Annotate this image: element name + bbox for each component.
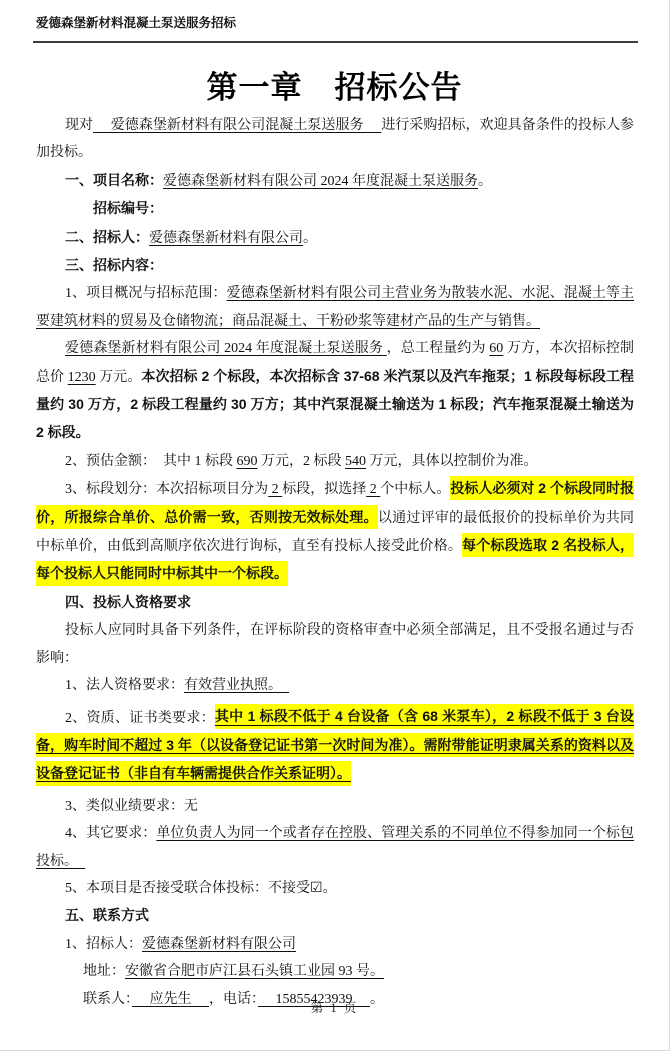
estimate-paragraph: 2、预估金额： 其中 1 标段 690 万元，2 标段 540 万元，具体以控制… — [36, 448, 634, 475]
certificate-requirement-paragraph: 2、资质、证书类要求：其中 1 标段不低于 4 台设备（含 68 米泵车），2 … — [36, 704, 634, 789]
certificate-requirement-label: 2、资质、证书类要求： — [65, 711, 215, 726]
contact-address-value: 安徽省合肥市庐江县石头镇工业园 93 号。 — [125, 964, 384, 979]
estimate-text-2: 万元，2 标段 — [258, 454, 346, 469]
control-price-value: 1230 — [68, 370, 96, 385]
project-name-value: 爱德森堡新材料有限公司 2024 年度混凝土泵送服务 — [163, 174, 478, 189]
scale-paragraph: 爱德森堡新材料有限公司 2024 年度混凝土泵送服务 ，总工程量约为 60 万方… — [36, 335, 634, 448]
other-requirement-label: 4、其它要求： — [65, 826, 156, 841]
tenderer-value: 爱德森堡新材料有限公司 — [149, 231, 303, 246]
legal-qualification-label: 1、法人资格要求： — [65, 678, 184, 693]
qualification-heading: 四、投标人资格要求 — [36, 589, 634, 617]
lot-division-text-2: 标段，拟选择 — [282, 482, 366, 497]
estimate-text-1: 其中 1 标段 — [149, 454, 237, 469]
performance-requirement-line: 3、类似业绩要求：无 — [36, 793, 634, 820]
legal-qualification-value: 有效营业执照。 — [184, 678, 289, 693]
contact-address-line: 地址：安徽省合肥市庐江县石头镇工业园 93 号。 — [36, 958, 634, 985]
document-body: 现对 爱德森堡新材料有限公司混凝土泵送服务 进行采购招标，欢迎具备条件的投标人参… — [36, 112, 634, 1013]
overview-paragraph: 1、项目概况与招标范围：爱德森堡新材料有限公司主营业务为散装水泥、水泥、混凝土等… — [36, 280, 634, 335]
contact-tenderer-line: 1、招标人：爱德森堡新材料有限公司 — [36, 931, 634, 958]
winner-count-value: 2 — [366, 482, 380, 497]
chapter-title: 第一章 招标公告 — [0, 62, 669, 107]
overview-label: 1、项目概况与招标范围： — [65, 286, 227, 301]
consortium-period: 。 — [323, 881, 337, 896]
lot2-amount: 540 — [345, 454, 366, 469]
bid-number-line: 招标编号： — [36, 195, 634, 223]
qualification-heading-label: 四、投标人资格要求 — [65, 594, 191, 610]
checked-checkbox-glyph: ☑ — [310, 881, 323, 896]
lot1-amount: 690 — [237, 454, 258, 469]
project-title-underlined: 爱德森堡新材料有限公司 2024 年度混凝土泵送服务 — [65, 341, 387, 356]
bid-number-label: 招标编号： — [93, 200, 163, 216]
tenderer-period: 。 — [303, 231, 317, 246]
estimate-text-3: 万元，具体以控制价为准。 — [366, 454, 538, 469]
bid-content-heading: 三、招标内容： — [36, 252, 634, 280]
lot-division-text-3: 个中标人。 — [380, 482, 450, 497]
contact-heading-label: 五、联系方式 — [65, 907, 149, 923]
contact-heading: 五、联系方式 — [36, 902, 634, 930]
performance-requirement-value: 无 — [184, 799, 198, 814]
scale-text-3: 万元。 — [96, 370, 142, 385]
consortium-line: 5、本项目是否接受联合体投标：不接受☑。 — [36, 875, 634, 902]
project-name-label: 一、项目名称： — [65, 172, 163, 188]
page-number: 第 1 页 — [0, 998, 669, 1016]
project-name-period: 。 — [478, 174, 492, 189]
intro-company-underline: 爱德森堡新材料有限公司混凝土泵送服务 — [93, 118, 381, 133]
bid-content-heading-label: 三、招标内容： — [65, 257, 163, 273]
qualification-intro: 投标人应同时具备下列条件，在评标阶段的资格审查中必须全部满足，且不受报名通过与否… — [36, 617, 634, 672]
header-divider — [33, 41, 638, 43]
contact-address-label: 地址： — [83, 964, 125, 979]
performance-requirement-label: 3、类似业绩要求： — [65, 799, 184, 814]
volume-value: 60 — [489, 341, 503, 356]
intro-paragraph: 现对 爱德森堡新材料有限公司混凝土泵送服务 进行采购招标，欢迎具备条件的投标人参… — [36, 112, 634, 167]
contact-tenderer-label: 1、招标人： — [65, 937, 142, 952]
project-name-line: 一、项目名称：爱德森堡新材料有限公司 2024 年度混凝土泵送服务。 — [36, 167, 634, 195]
lot-division-text-1: 3、标段划分：本次招标项目分为 — [65, 482, 268, 497]
document-page: 爱德森堡新材料混凝土泵送服务招标 第一章 招标公告 现对 爱德森堡新材料有限公司… — [0, 0, 670, 1051]
lot-division-paragraph: 3、标段划分：本次招标项目分为 2 标段，拟选择 2 个中标人。投标人必须对 2… — [36, 475, 634, 589]
scale-text-1: ，总工程量约为 — [387, 341, 490, 356]
lot-count-value: 2 — [268, 482, 282, 497]
estimate-label: 2、预估金额： — [65, 454, 149, 469]
intro-lead: 现对 — [65, 118, 93, 133]
document-header-title: 爱德森堡新材料混凝土泵送服务招标 — [36, 13, 236, 31]
tenderer-label: 二、招标人： — [65, 229, 149, 245]
legal-qualification-line: 1、法人资格要求：有效营业执照。 — [36, 672, 634, 699]
other-requirement-paragraph: 4、其它要求：单位负责人为同一个或者存在控股、管理关系的不同单位不得参加同一个标… — [36, 820, 634, 875]
tenderer-line: 二、招标人：爱德森堡新材料有限公司。 — [36, 224, 634, 252]
consortium-text: 5、本项目是否接受联合体投标：不接受 — [65, 881, 310, 896]
contact-tenderer-value: 爱德森堡新材料有限公司 — [142, 937, 296, 952]
